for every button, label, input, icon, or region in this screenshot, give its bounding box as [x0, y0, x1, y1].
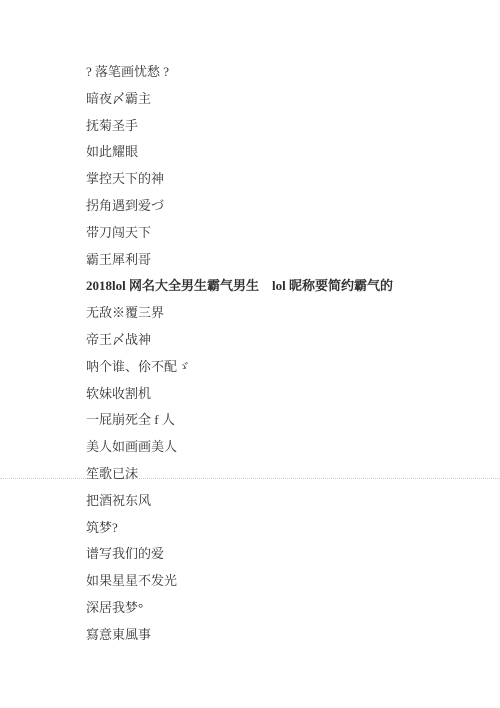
nickname-list: ? 落笔画忧愁 ? 暗夜〆霸主 抚菊圣手 如此耀眼 掌控天下的神 拐角遇到爱づ … [86, 59, 500, 649]
nickname-line: 一屁崩死全 f 人 [86, 407, 500, 434]
nickname-line: 筑梦? [86, 515, 500, 542]
nickname-line: 如果星星不发光 [86, 568, 500, 595]
nickname-line: 把酒祝东风 [86, 488, 500, 515]
nickname-line: 美人如画画美人 [86, 434, 500, 461]
nickname-line: 帝王〆战神 [86, 327, 500, 354]
nickname-line: 软妹收割机 [86, 381, 500, 408]
nickname-line: 如此耀眼 [86, 139, 500, 166]
section-heading: 2018lol 网名大全男生霸气男生 lol 昵称要简约霸气的 [86, 273, 500, 300]
nickname-line: 带刀闯天下 [86, 220, 500, 247]
nickname-line: 掌控天下的神 [86, 166, 500, 193]
nickname-line: ? 落笔画忧愁 ? [86, 59, 500, 86]
nickname-line: 笙歌已沫 [86, 461, 500, 488]
nickname-line: 抚菊圣手 [86, 113, 500, 140]
nickname-line: 深居我梦° [86, 595, 500, 622]
nickname-line: 无敌※覆三界 [86, 300, 500, 327]
nickname-line: 谱写我们的爱 [86, 541, 500, 568]
nickname-line: 拐角遇到爱づ [86, 193, 500, 220]
nickname-line: 寫意東風事 [86, 622, 500, 649]
nickname-line: 霸王犀利哥 [86, 247, 500, 274]
nickname-line: 呐个谁、伱不配ゞ [86, 354, 500, 381]
document-page: ? 落笔画忧愁 ? 暗夜〆霸主 抚菊圣手 如此耀眼 掌控天下的神 拐角遇到爱づ … [0, 0, 500, 708]
nickname-line: 暗夜〆霸主 [86, 86, 500, 113]
